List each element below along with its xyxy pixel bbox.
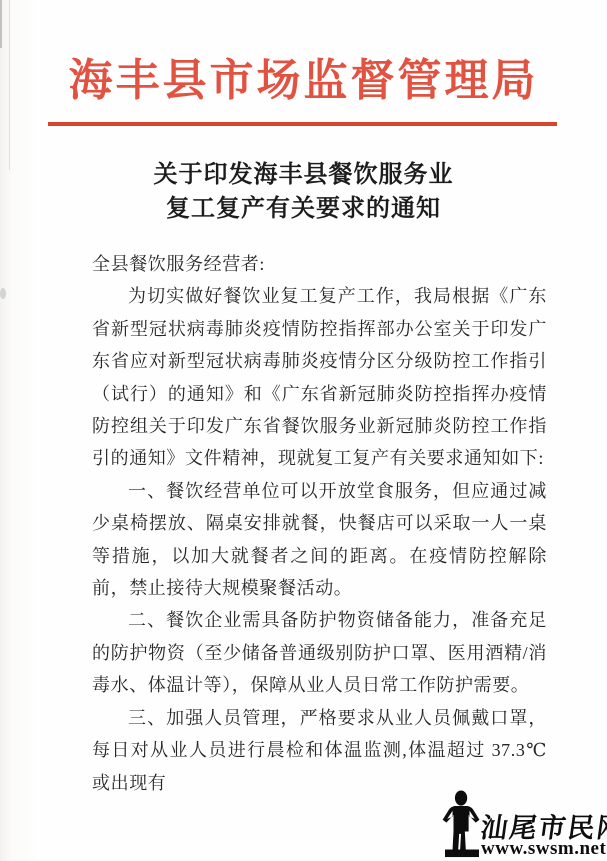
person-silhouette-icon [439,790,485,858]
paragraph-item-2: 二、餐饮企业需具备防护物资储备能力，准备充足的防护物资（至少储备普通级别防护口罩… [92,604,547,701]
watermark-site-url: www.swsm.net [481,838,606,860]
document-title-line2: 复工复产有关要求的通知 [0,192,607,226]
document-title: 关于印发海丰县餐饮服务业 复工复产有关要求的通知 [0,158,607,226]
paragraph-item-3: 三、加强人员管理，严格要求从业人员佩戴口罩，每日对从业人员进行晨检和体温监测,体… [92,702,547,799]
document-title-line1: 关于印发海丰县餐饮服务业 [0,158,607,192]
salutation: 全县餐饮服务经营者: [92,248,547,280]
agency-letterhead: 海丰县市场监督管理局 [0,44,607,108]
scan-smudge-artifact [0,288,6,299]
watermark: 汕尾市民网 www.swsm.net [439,788,601,858]
scan-edge-artifact [0,0,2,48]
paragraph-item-1: 一、餐饮经营单位可以开放堂食服务，但应通过减少桌椅摆放、隔桌安排就餐，快餐店可以… [92,475,547,605]
document-body: 全县餐饮服务经营者: 为切实做好餐饮业复工复产工作，我局根据《广东省新型冠状病毒… [92,248,547,799]
scanned-document-page: 海丰县市场监督管理局 关于印发海丰县餐饮服务业 复工复产有关要求的通知 全县餐饮… [0,0,607,861]
paragraph-intro: 为切实做好餐饮业复工复产工作，我局根据《广东省新型冠状病毒肺炎疫情防控指挥部办公… [92,280,547,474]
letterhead-rule [48,122,557,126]
